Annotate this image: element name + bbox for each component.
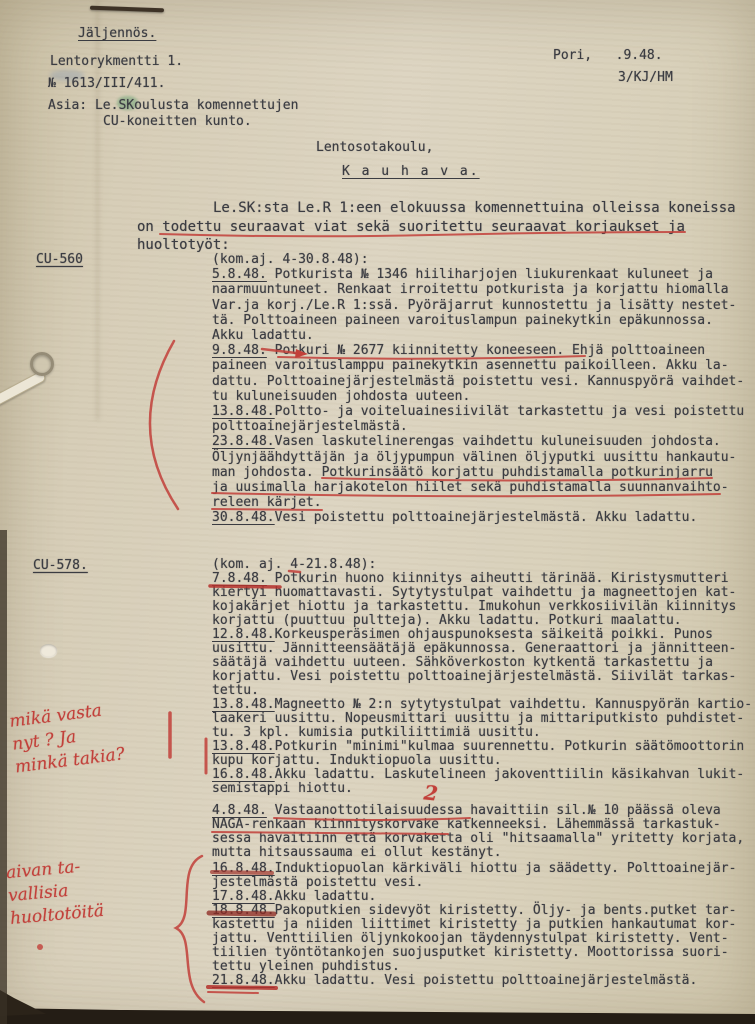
entry-list: 5.8.48. Potkurista № 1346 hiiliharjojen … (212, 267, 755, 525)
entry-text: Akku ladattu. Laskutelineen jakoventtiil… (212, 767, 744, 796)
log-entry: 18.8.48.Pakoputkien sidevyöt kiristetty.… (212, 904, 755, 974)
reference-code: 3/KJ/HM (618, 70, 673, 86)
commission-period: (kom. aj. 4-21.8.48): (212, 558, 755, 572)
scanned-typewritten-document: Jäljennös. Lentorykmentti 1. № 1613/III/… (0, 0, 755, 1024)
recipient-name: Lentosotakoulu, (316, 140, 433, 156)
entry-text: Akku ladattu. Vesi poistettu polttoainej… (275, 973, 698, 988)
unit-name: Lentorykmentti 1. (50, 54, 183, 70)
entry-text: Potkurin "minimi"kulmaa suurennettu. Pot… (212, 739, 744, 768)
section-label-cu-578: CU-578. (33, 558, 88, 573)
entry-date: 18.8.48. (212, 903, 275, 918)
log-entry: 13.8.48.Magneetto № 2:n sytytystulpat va… (212, 698, 755, 740)
commission-period: (kom.aj. 4-30.8.48): (212, 252, 755, 267)
log-entry: 21.8.48.Akku ladattu. Vesi poistettu pol… (212, 974, 755, 988)
log-entry: 23.8.48.Vasen laskutelinerengas vaihdett… (212, 434, 755, 510)
copy-label: Jäljennös. (78, 26, 156, 42)
entry-date: 16.8.48. (212, 767, 275, 782)
entry-text: Potkurista № 1346 hiiliharjojen liukuren… (212, 267, 736, 343)
log-entry: 16.8.48.Induktiopuolan kärkiväli hiottu … (212, 862, 755, 890)
intro-paragraph: Le.SK:sta Le.R 1:een elokuussa komennett… (137, 199, 737, 255)
entry-text: Vasen laskutelinerengas vaihdettu kulune… (212, 434, 736, 510)
entry-date: 17.8.48. (212, 889, 275, 904)
log-entry: 17.8.48.Akku ladattu. (212, 890, 755, 904)
log-entry: 13.8.48.Poltto- ja voiteluainesiivilät t… (212, 404, 755, 434)
log-entry: 9.8.48. Potkuri № 2677 kiinnitetty konee… (212, 343, 755, 404)
handwritten-margin-note-comment: aivan ta- vallisia huoltotöitä (5, 854, 105, 931)
entry-date: 13.8.48. (212, 697, 275, 712)
entry-date: 13.8.48. (212, 739, 275, 754)
entry-text: Potkuri № 2677 kiinnitetty koneeseen. Eh… (212, 343, 744, 404)
entry-date: 12.8.48. (212, 627, 275, 642)
document-number: № 1613/III/411. (48, 76, 165, 92)
entry-text: Vastaanottotilaisuudessa havaittiin sil.… (212, 803, 744, 860)
handwritten-margin-note-question: mikä vasta nyt ? Ja minkä takia? (8, 698, 126, 780)
log-entry: 12.8.48.Korkeusperäsimen ohjauspunoksest… (212, 628, 755, 698)
entry-date: 5.8.48. (212, 267, 267, 282)
entry-date: 21.8.48. (212, 973, 275, 988)
log-section-cu-578: (kom. aj. 4-21.8.48): 7.8.48. Potkurin h… (212, 558, 755, 988)
log-entry: 13.8.48.Potkurin "minimi"kulmaa suurenne… (212, 740, 755, 768)
entry-date: 30.8.48. (212, 510, 275, 525)
entry-date: 4.8.48. (212, 803, 267, 818)
punch-hole (40, 644, 57, 657)
entry-text: Potkurin huono kiinnitys aiheutti tärinä… (212, 571, 736, 628)
entry-date: 7.8.48. (212, 571, 267, 586)
place-and-date: Pori, .9.48. (553, 48, 663, 64)
entry-date: 9.8.48. (212, 343, 267, 358)
entry-text: Poltto- ja voiteluainesiivilät tarkastet… (212, 404, 744, 434)
log-entry: 7.8.48. Potkurin huono kiinnitys aiheutt… (212, 572, 755, 628)
subject-line-1: Asia: Le.SKoulusta komennettujen (48, 98, 298, 114)
red-ink-dot (37, 944, 43, 950)
log-entry: 4.8.48. Vastaanottotilaisuudessa havaitt… (212, 804, 755, 860)
entry-date: 13.8.48. (212, 404, 275, 419)
entry-text: Magneetto № 2:n sytytystulpat vaihdettu.… (212, 697, 752, 740)
recipient-city: K a u h a v a. (342, 164, 480, 180)
subject-line-2: CU-koneitten kunto. (103, 114, 252, 130)
entry-list: 7.8.48. Potkurin huono kiinnitys aiheutt… (212, 572, 755, 988)
entry-date: 23.8.48. (212, 434, 275, 449)
log-section-cu-560: (kom.aj. 4-30.8.48): 5.8.48. Potkurista … (212, 252, 755, 526)
section-label-cu-560: CU-560 (36, 252, 83, 267)
entry-text: Akku ladattu. (275, 889, 377, 904)
entry-text: Induktiopuolan kärkiväli hiottu ja sääde… (212, 861, 736, 890)
entry-text: Vesi poistettu polttoainejärjestelmästä.… (275, 510, 698, 525)
log-entry: 30.8.48.Vesi poistettu polttoainejärjest… (212, 510, 755, 525)
entry-text: Pakoputkien sidevyöt kiristetty. Öljy- j… (212, 903, 736, 974)
handwritten-insert-mark: 2 (423, 780, 439, 805)
binding-grommet (30, 352, 54, 376)
entry-text: Korkeusperäsimen ohjauspunoksesta säikei… (212, 627, 736, 698)
entry-date: 16.8.48. (212, 861, 275, 876)
log-entry: 16.8.48.Akku ladattu. Laskutelineen jako… (212, 768, 755, 796)
log-entry: 5.8.48. Potkurista № 1346 hiiliharjojen … (212, 267, 755, 343)
